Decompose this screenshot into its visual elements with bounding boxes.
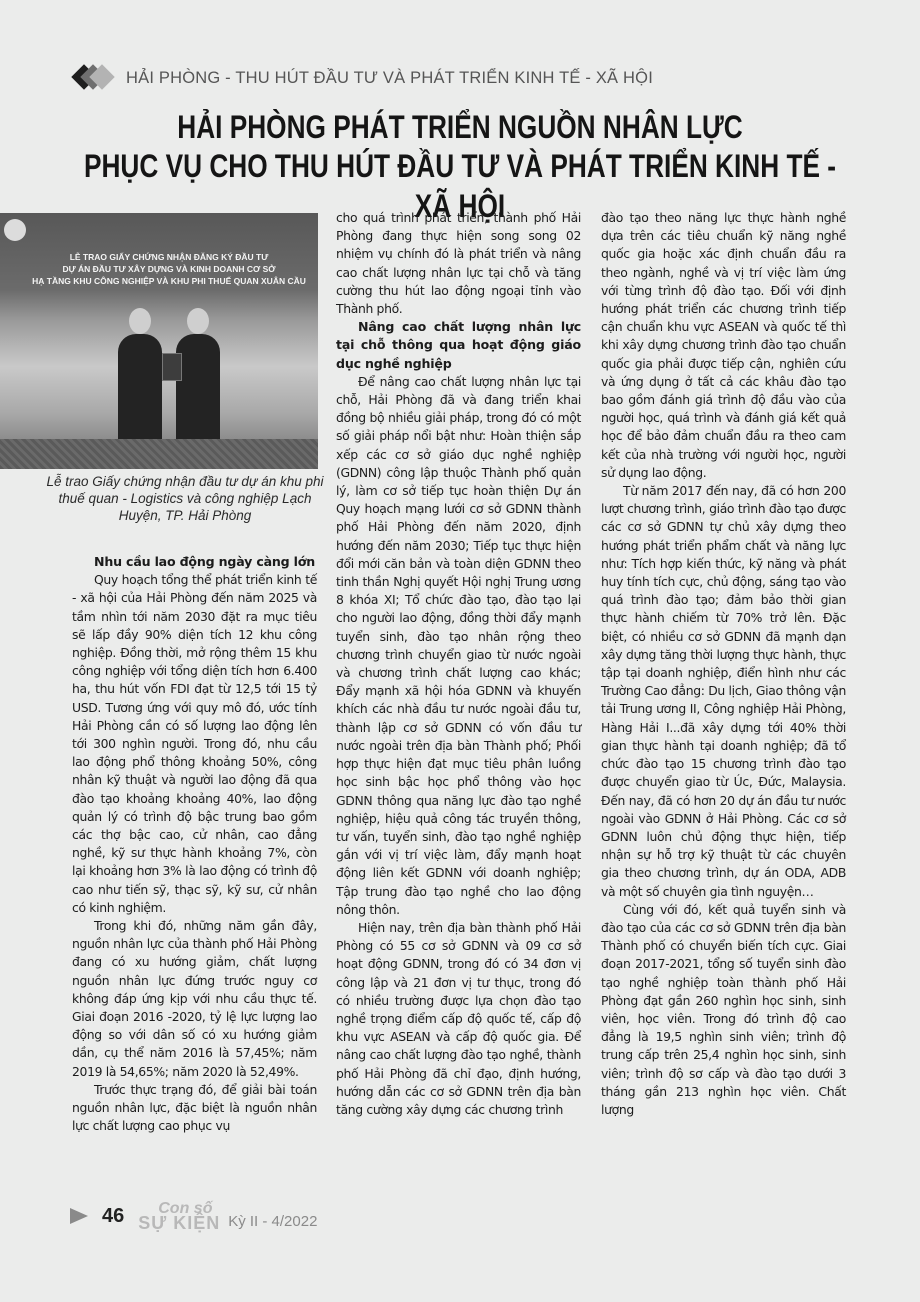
paragraph: Từ năm 2017 đến nay, đã có hơn 200 lượt … <box>601 482 846 901</box>
article-column-2: cho quá trình phát triển, thành phố Hải … <box>336 209 581 1119</box>
page-footer: 46 Con số SỰ KIỆN Kỳ II - 4/2022 <box>70 1202 317 1230</box>
article-column-3: đào tạo theo năng lực thực hành nghề dựa… <box>601 209 846 1119</box>
page-number: 46 <box>102 1205 124 1228</box>
diamonds-icon <box>70 64 118 92</box>
paragraph: Để nâng cao chất lượng nhân lực tại chỗ,… <box>336 373 581 919</box>
article-column-1: Nhu cầu lao động ngày càng lớn Quy hoạch… <box>72 553 317 1136</box>
paragraph: Trước thực trạng đó, để giải bài toán ng… <box>72 1081 317 1136</box>
article-photo: LỄ TRAO GIẤY CHỨNG NHẬN ĐĂNG KÝ ĐẦU TƯ D… <box>0 213 318 469</box>
logo-bottom-text: SỰ KIỆN <box>138 1216 220 1230</box>
paragraph-continued: cho quá trình phát triển, thành phố Hải … <box>336 209 581 318</box>
paragraph: Hiện nay, trên địa bàn thành phố Hải Phò… <box>336 919 581 1119</box>
issue-label: Kỳ II - 4/2022 <box>228 1213 317 1230</box>
section-heading: Nhu cầu lao động ngày càng lớn <box>72 553 317 571</box>
floor <box>0 439 318 469</box>
play-arrow-icon <box>70 1208 88 1224</box>
certificate <box>162 353 182 381</box>
section-heading: Nâng cao chất lượng nhân lực tại chỗ thô… <box>336 318 581 373</box>
organization-logo-icon <box>4 219 26 241</box>
section-title: HẢI PHÒNG - THU HÚT ĐẦU TƯ VÀ PHÁT TRIỂN… <box>126 69 653 88</box>
section-header: HẢI PHÒNG - THU HÚT ĐẦU TƯ VÀ PHÁT TRIỂN… <box>70 64 653 92</box>
banner-line-3: HẠ TẦNG KHU CÔNG NGHIỆP VÀ KHU PHI THUẾ … <box>30 275 308 287</box>
magazine-logo: Con số SỰ KIỆN <box>138 1202 220 1230</box>
banner-line-1: LỄ TRAO GIẤY CHỨNG NHẬN ĐĂNG KÝ ĐẦU TƯ <box>30 251 308 263</box>
photo-caption: Lễ trao Giấy chứng nhận đầu tư dự án khu… <box>40 473 330 524</box>
headline-line-1: HẢI PHÒNG PHÁT TRIỂN NGUỒN NHÂN LỰC <box>83 108 837 146</box>
photo-banner-text: LỄ TRAO GIẤY CHỨNG NHẬN ĐĂNG KÝ ĐẦU TƯ D… <box>30 251 308 287</box>
paragraph: Quy hoạch tổng thể phát triển kinh tế - … <box>72 571 317 917</box>
banner-line-2: DỰ ÁN ĐẦU TƯ XÂY DỰNG VÀ KINH DOANH CƠ S… <box>30 263 308 275</box>
paragraph: Cùng với đó, kết quả tuyển sinh và đào t… <box>601 901 846 1119</box>
paragraph: Trong khi đó, những năm gần đây, nguồn n… <box>72 917 317 1081</box>
paragraph-continued: đào tạo theo năng lực thực hành nghề dựa… <box>601 209 846 482</box>
